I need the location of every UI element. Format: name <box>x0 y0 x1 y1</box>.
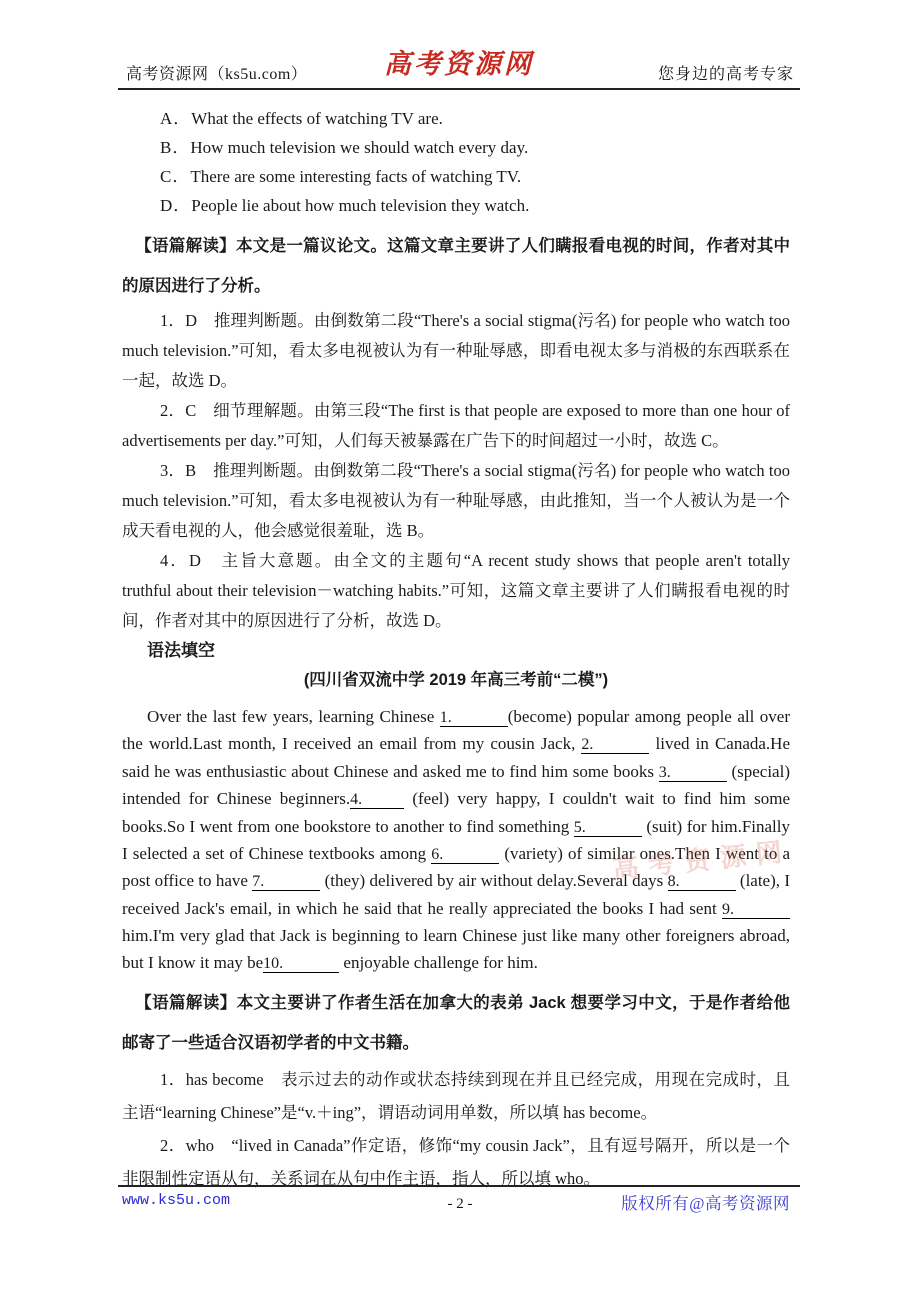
option-c: C．There are some interesting facts of wa… <box>122 162 790 191</box>
section-title-grammar: 语法填空 <box>122 636 790 666</box>
document-body: A．What the effects of watching TV are. B… <box>122 104 790 1195</box>
gap-blank-6: 6. <box>431 844 499 864</box>
option-d: D．People lie about how much television t… <box>122 191 790 220</box>
document-page: 高考资源网（ks5u.com） 高考资源网 您身边的高考专家 A．What th… <box>0 0 920 1302</box>
gap-blank-1: 1. <box>440 707 508 727</box>
option-b-text: How much television we should watch ever… <box>190 138 528 157</box>
gap-blank-7: 7. <box>252 871 320 891</box>
page-header: 高考资源网（ks5u.com） 高考资源网 您身边的高考专家 <box>118 44 800 90</box>
answer-1: 1．D 推理判断题。由倒数第二段“There's a social stigma… <box>122 306 790 396</box>
option-c-label: C． <box>160 167 190 186</box>
gap-blank-5: 5. <box>574 817 642 837</box>
gap-blank-8: 8. <box>668 871 736 891</box>
site-logo: 高考资源网 <box>384 42 534 81</box>
gap-blank-9: 9. <box>722 899 790 919</box>
gap-fill-explanations: 1．has become 表示过去的动作或状态持续到现在并且已经完成，用现在完成… <box>122 1063 790 1195</box>
reading-analysis-2: 【语篇解读】本文主要讲了作者生活在加拿大的表弟 Jack 想要学习中文，于是作者… <box>122 983 790 1063</box>
reading-analysis-1: 【语篇解读】本文是一篇议论文。这篇文章主要讲了人们瞒报看电视的时间，作者对其中的… <box>122 226 790 306</box>
explanation-1: 1．has become 表示过去的动作或状态持续到现在并且已经完成，用现在完成… <box>122 1063 790 1129</box>
option-b-label: B． <box>160 138 190 157</box>
option-b: B．How much television we should watch ev… <box>122 133 790 162</box>
option-a: A．What the effects of watching TV are. <box>122 104 790 133</box>
answer-4: 4．D 主旨大意题。由全文的主题句“A recent study shows t… <box>122 546 790 636</box>
gap-blank-3: 3. <box>659 762 727 782</box>
mcq-options: A．What the effects of watching TV are. B… <box>122 104 790 220</box>
header-site-name: 高考资源网（ks5u.com） <box>126 61 307 84</box>
gap-blank-10: 10. <box>263 953 339 973</box>
header-slogan: 您身边的高考专家 <box>658 61 794 84</box>
option-d-label: D． <box>160 196 191 215</box>
option-c-text: There are some interesting facts of watc… <box>190 167 521 186</box>
option-d-text: People lie about how much television the… <box>191 196 529 215</box>
answer-explanations: 1．D 推理判断题。由倒数第二段“There's a social stigma… <box>122 306 790 636</box>
footer-divider <box>118 1185 800 1187</box>
option-a-text: What the effects of watching TV are. <box>191 109 443 128</box>
answer-3: 3．B 推理判断题。由倒数第二段“There's a social stigma… <box>122 456 790 546</box>
answer-2: 2．C 细节理解题。由第三段“The first is that people … <box>122 396 790 456</box>
option-a-label: A． <box>160 109 191 128</box>
gap-fill-passage: Over the last few years, learning Chines… <box>122 704 790 977</box>
gap-blank-4: 4. <box>350 789 404 809</box>
exam-source: (四川省双流中学 2019 年高三考前“二模”) <box>122 666 790 694</box>
gap-blank-2: 2. <box>581 734 649 754</box>
footer-copyright: 版权所有@高考资源网 <box>621 1190 790 1214</box>
